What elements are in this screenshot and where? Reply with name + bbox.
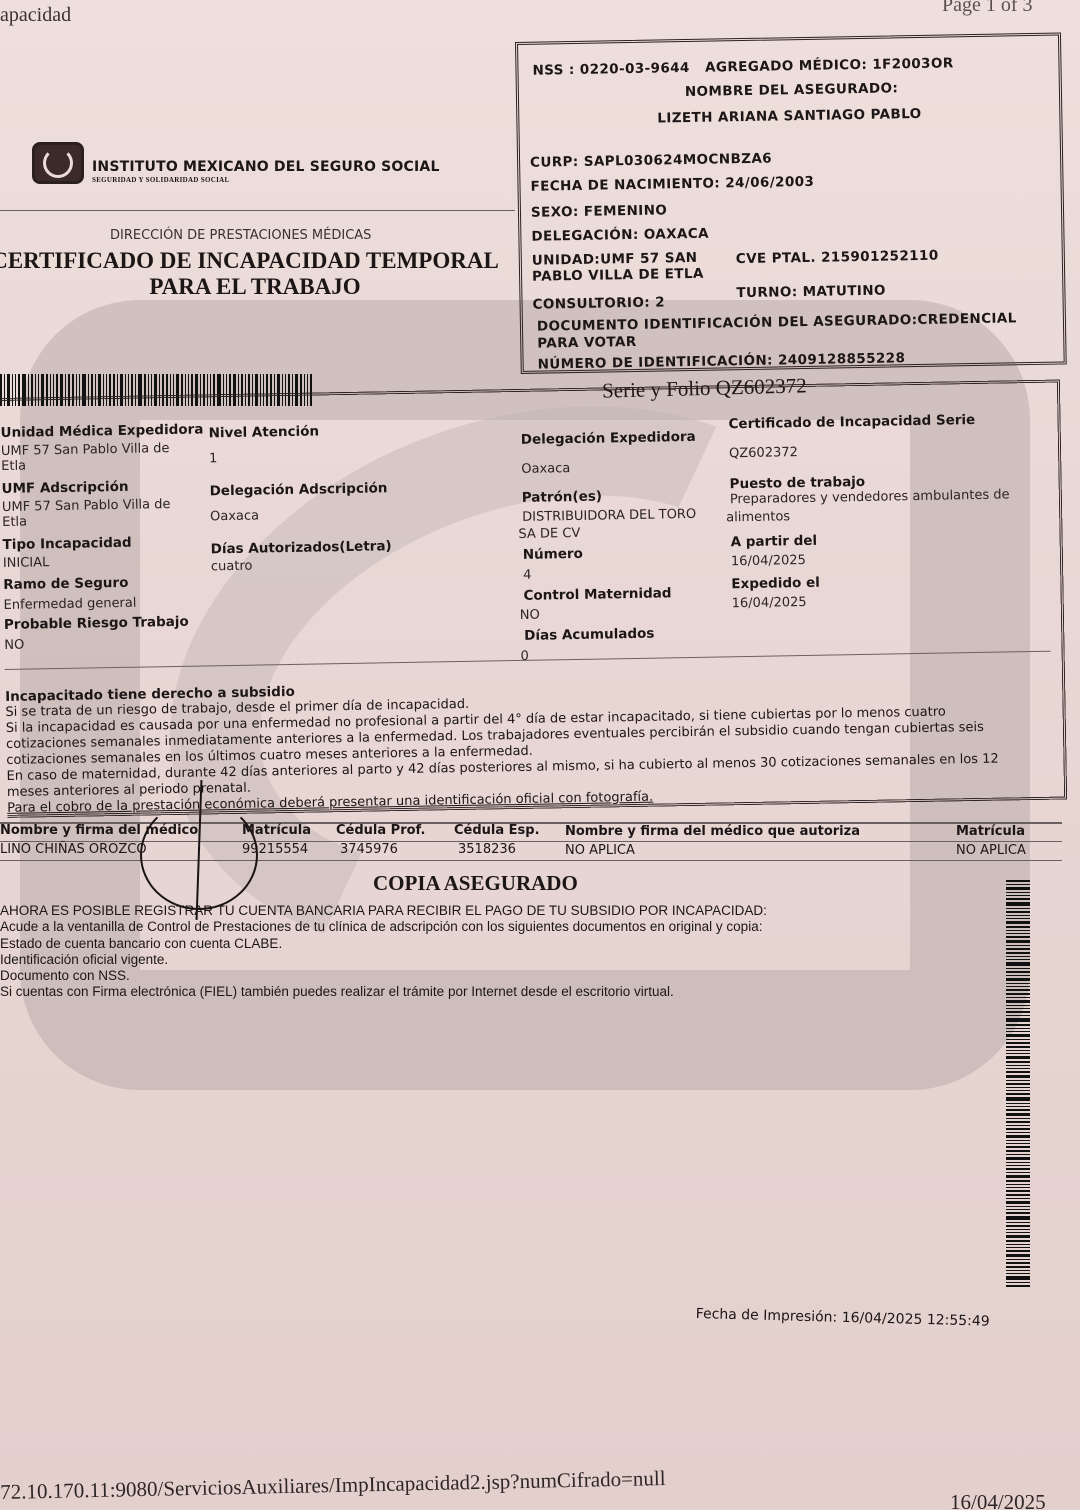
header-fragment: apacidad: [0, 4, 71, 27]
page-indicator: Page 1 of 3: [942, 0, 1033, 17]
cve-value: 215901252110: [821, 248, 939, 266]
label-control-maternidad: Control Maternidad: [523, 585, 671, 604]
value-umf-adscripcion: UMF 57 San Pablo Villa de: [2, 497, 171, 515]
nss-field: NSS : 0220-03-9644 AGREGADO MÉDICO: 1F20…: [532, 55, 953, 78]
value-ramo-seguro: Enfermedad general: [3, 596, 136, 613]
value-cedula-prof: 3745976: [340, 842, 398, 857]
label-a-partir-del: A partir del: [730, 533, 817, 551]
unit-field: UNIDAD:UMF 57 SAN PABLO VILLA DE ETLA: [532, 250, 704, 285]
header-medico-autoriza: Nombre y firma del médico que autoriza: [565, 824, 860, 839]
id-document-value-line2: PARA VOTAR: [537, 334, 637, 352]
value-nivel-atencion: 1: [209, 451, 218, 466]
label-unidad-expedidora: Unidad Médica Expedidora: [0, 421, 203, 441]
label-ramo-seguro: Ramo de Seguro: [3, 575, 128, 593]
copy-label: COPIA ASEGURADO: [373, 871, 578, 896]
value-matricula-autoriza: NO APLICA: [956, 843, 1026, 858]
office-value: 2: [655, 294, 665, 310]
notice-line: Acude a la ventanilla de Control de Pres…: [0, 919, 767, 935]
value-certificado-serie: QZ602372: [729, 445, 798, 461]
insured-name-label: NOMBRE DEL ASEGURADO:: [685, 80, 899, 100]
label-dias-autorizados: Días Autorizados(Letra): [211, 538, 392, 557]
value-unidad-expedidora-2: Etla: [1, 459, 26, 474]
office-field: CONSULTORIO: 2: [532, 294, 665, 312]
value-cedula-esp: 3518236: [458, 842, 516, 857]
value-puesto-trabajo-2: alimentos: [726, 509, 790, 525]
value-patron: DISTRIBUIDORA DEL TORO: [522, 507, 696, 525]
certificate-title-line2: PARA EL TRABAJO: [0, 274, 510, 300]
curp-value: SAPL030624MOCNBZA6: [584, 151, 773, 170]
institution-motto: SEGURIDAD Y SOLIDARIDAD SOCIAL: [92, 176, 229, 184]
value-control-maternidad: NO: [520, 608, 540, 623]
birth-field: FECHA DE NACIMIENTO: 24/06/2003: [530, 174, 814, 195]
id-number-value: 2409128855228: [778, 350, 906, 368]
notice-line: Identificación oficial vigente.: [0, 952, 767, 968]
delegation-field: DELEGACIÓN: OAXACA: [531, 226, 709, 245]
shift-field: TURNO: MATUTINO: [736, 283, 886, 302]
header-cedula-prof: Cédula Prof.: [336, 823, 425, 838]
value-delegacion-expedidora: Oaxaca: [521, 461, 570, 477]
direction-label: DIRECCIÓN DE PRESTACIONES MÉDICAS: [110, 228, 371, 243]
label-nivel-atencion: Nivel Atención: [209, 423, 320, 441]
value-dias-autorizados: cuatro: [211, 559, 253, 575]
certificate-title: CERTIFICADO DE INCAPACIDAD TEMPORAL PARA…: [0, 248, 510, 300]
divider: [0, 210, 515, 211]
label-certificado-serie: Certificado de Incapacidad Serie: [728, 412, 975, 432]
cve-field: CVE PTAL. 215901252110: [736, 248, 939, 268]
value-medico: LINO CHIÑAS OROZCO: [0, 842, 147, 857]
incapacity-details-box: Unidad Médica Expedidora UMF 57 San Pabl…: [0, 380, 1067, 818]
id-document-field: DOCUMENTO IDENTIFICACIÓN DEL ASEGURADO:C…: [537, 310, 1017, 352]
notice-line: Si cuentas con Firma electrónica (FIEL) …: [0, 984, 767, 1000]
label-tipo-incapacidad: Tipo Incapacidad: [2, 535, 131, 553]
certificate-page: apacidad Page 1 of 3 INSTITUTO MEXICANO …: [0, 0, 1080, 1510]
print-date-value: 16/04/2025 12:55:49: [841, 1310, 989, 1330]
certificate-title-line1: CERTIFICADO DE INCAPACIDAD TEMPORAL: [0, 248, 510, 274]
label-expedido-el: Expedido el: [731, 575, 820, 593]
label-delegacion-adscripcion: Delegación Adscripción: [210, 480, 388, 499]
sex-value: FEMENINO: [584, 202, 668, 219]
birth-value: 24/06/2003: [725, 174, 814, 192]
value-a-partir-del: 16/04/2025: [731, 553, 806, 569]
value-tipo-incapacidad: INICIAL: [3, 555, 50, 571]
label-riesgo-trabajo: Probable Riesgo Trabajo: [4, 614, 189, 633]
value-delegacion-adscripcion: Oaxaca: [210, 508, 259, 524]
subsidy-section: Incapacitado tiene derecho a subsidio Si…: [5, 672, 999, 817]
label-delegacion-expedidora: Delegación Expedidora: [521, 429, 696, 448]
header-matricula-autoriza: Matrícula: [956, 824, 1025, 839]
label-dias-acumulados: Días Acumulados: [524, 626, 654, 644]
shift-value: MATUTINO: [803, 283, 886, 300]
value-umf-adscripcion-2: Etla: [2, 515, 27, 530]
value-numero: 4: [523, 568, 532, 583]
unit-value: UMF 57 SAN: [600, 250, 698, 268]
footer-url: 72.10.170.11:9080/ServiciosAuxiliares/Im…: [0, 1466, 666, 1505]
notice-line: AHORA ES POSIBLE REGISTRAR TU CUENTA BAN…: [0, 903, 767, 919]
value-riesgo-trabajo: NO: [4, 638, 24, 653]
label-numero: Número: [523, 546, 583, 563]
sex-field: SEXO: FEMENINO: [531, 202, 668, 220]
value-patron-2: SA DE CV: [518, 526, 580, 542]
label-patron: Patrón(es): [522, 489, 602, 506]
footer-date: 16/04/2025: [950, 1490, 1046, 1510]
value-unidad-expedidora: UMF 57 San Pablo Villa de: [1, 441, 170, 459]
header-cedula-esp: Cédula Esp.: [454, 823, 540, 838]
bank-account-notice: AHORA ES POSIBLE REGISTRAR TU CUENTA BAN…: [0, 903, 767, 1001]
value-expedido-el: 16/04/2025: [732, 595, 807, 611]
insured-info-box: NSS : 0220-03-9644 AGREGADO MÉDICO: 1F20…: [515, 32, 1067, 373]
imss-logo-icon: [32, 142, 84, 184]
nss-value: 0220-03-9644: [580, 60, 690, 78]
curp-field: CURP: SAPL030624MOCNBZA6: [530, 151, 772, 171]
insured-name: LIZETH ARIANA SANTIAGO PABLO: [657, 106, 921, 127]
agregado-value: 1F2003OR: [872, 55, 954, 72]
value-dias-acumulados: 0: [520, 649, 529, 664]
notice-line: Documento con NSS.: [0, 968, 767, 984]
unit-value-line2: PABLO VILLA DE ETLA: [532, 266, 704, 285]
label-umf-adscripcion: UMF Adscripción: [1, 479, 128, 497]
notice-line: Estado de cuenta bancario con cuenta CLA…: [0, 936, 767, 952]
value-medico-autoriza: NO APLICA: [565, 843, 635, 858]
institution-name: INSTITUTO MEXICANO DEL SEGURO SOCIAL: [92, 159, 440, 175]
id-document-value: CREDENCIAL: [917, 310, 1016, 328]
print-date: Fecha de Impresión: 16/04/2025 12:55:49: [696, 1306, 990, 1330]
delegation-value: OAXACA: [644, 226, 709, 243]
vertical-barcode: [1006, 880, 1030, 1292]
